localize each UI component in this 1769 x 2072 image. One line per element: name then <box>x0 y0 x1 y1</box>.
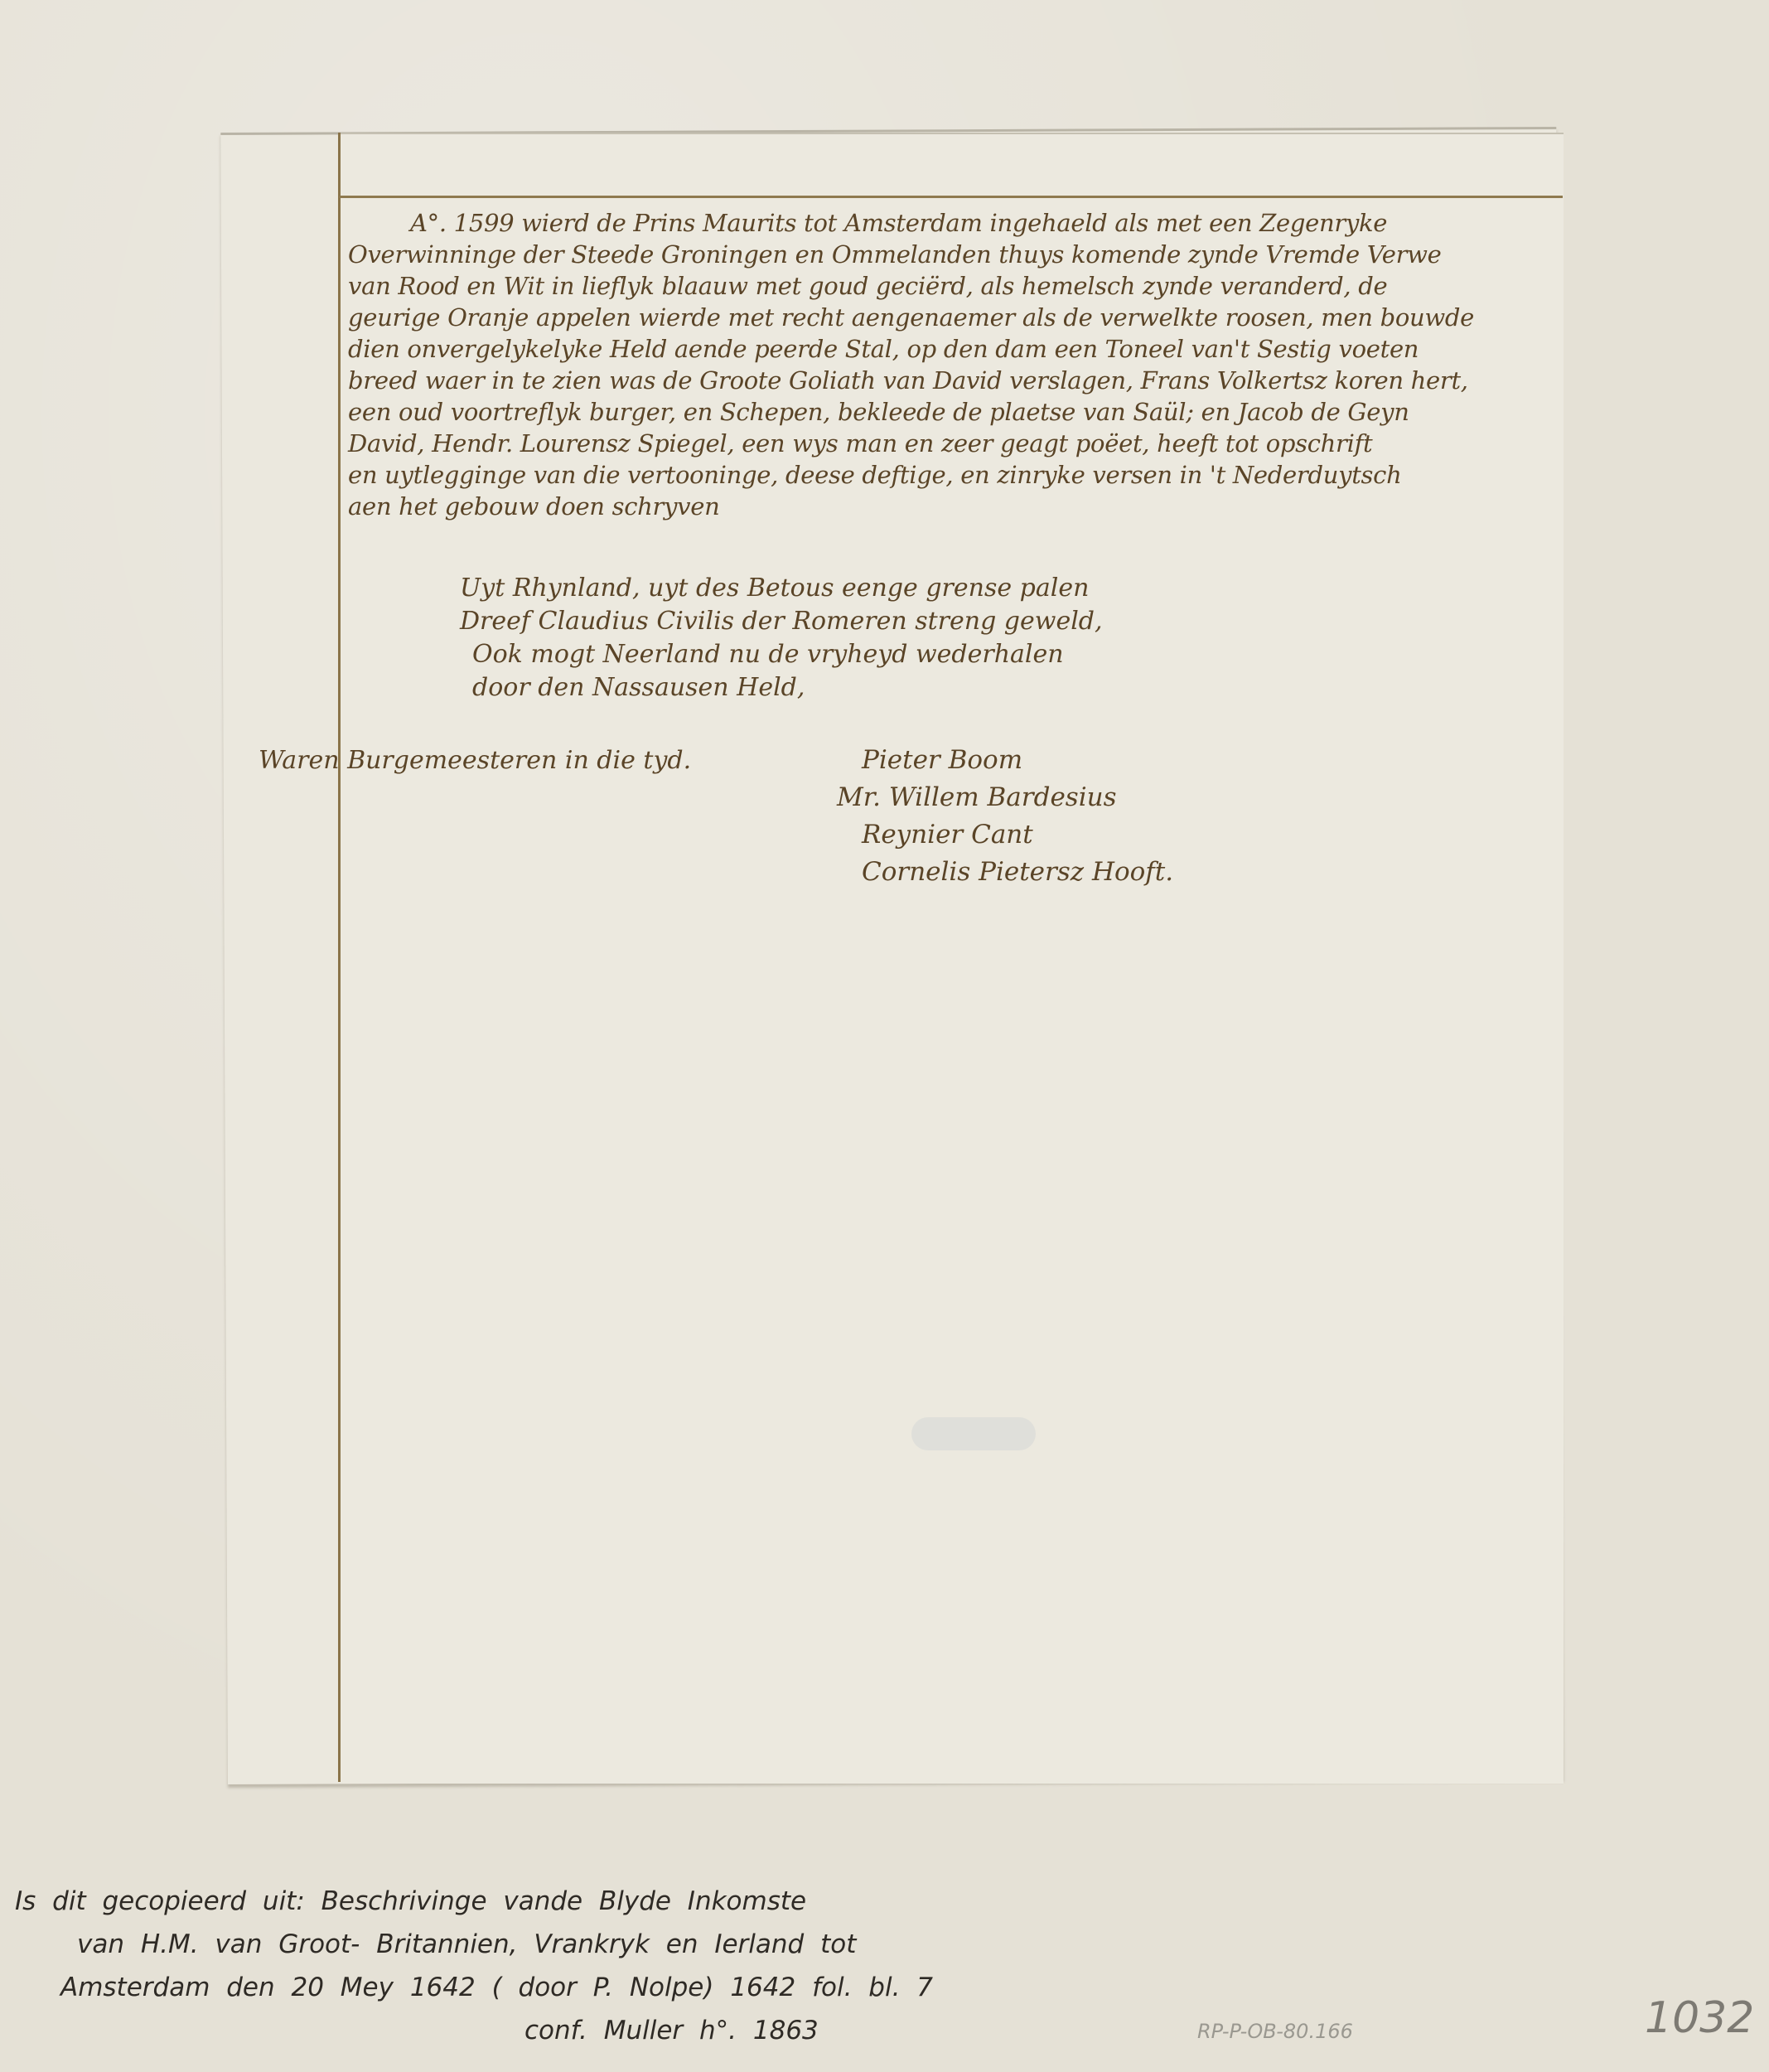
mayor-name: Cornelis Pietersz Hooft. <box>837 854 1173 891</box>
prose-line: A°. 1599 wierd de Prins Maurits tot Amst… <box>348 207 1558 239</box>
verse-line: door den Nassausen Held, <box>460 671 1103 704</box>
prose-line: een oud voortreflyk burger, en Schepen, … <box>348 396 1558 428</box>
prose-line: geurige Oranje appelen wierde met recht … <box>348 302 1558 333</box>
prose-line: en uytlegginge van die vertooninge, dees… <box>348 459 1558 491</box>
prose-line: dien onvergelykelyke Held aende peerde S… <box>348 333 1558 365</box>
prose-line: aen het gebouw doen schryven <box>348 491 1558 522</box>
prose-line: David, Hendr. Lourensz Spiegel, een wys … <box>348 428 1558 459</box>
mayors-list: Pieter Boom Mr. Willem Bardesius Reynier… <box>837 742 1173 891</box>
verse-line: Uyt Rhynland, uyt des Betous eenge grens… <box>460 572 1103 605</box>
mayor-name: Mr. Willem Bardesius <box>837 779 1173 816</box>
pencil-inventory-number: RP-P-OB-80.166 <box>1197 2020 1353 2043</box>
source-note-line: van H.M. van Groot- Britannien, Vrankryk… <box>15 1923 933 1966</box>
source-note-line: Is dit gecopieerd uit: Beschrivinge vand… <box>15 1880 933 1923</box>
mayor-name: Reynier Cant <box>837 816 1173 854</box>
source-note: Is dit gecopieerd uit: Beschrivinge vand… <box>15 1880 933 2052</box>
mayor-name: Pieter Boom <box>837 742 1173 779</box>
pencil-page-number: 1032 <box>1645 1993 1754 2043</box>
verse-line: Dreef Claudius Civilis der Romeren stren… <box>460 605 1103 638</box>
faded-collection-stamp <box>911 1417 1036 1450</box>
margin-rule <box>338 133 341 1782</box>
verse-block: Uyt Rhynland, uyt des Betous eenge grens… <box>460 572 1103 704</box>
verse-line: Ook mogt Neerland nu de vryheyd wederhal… <box>460 638 1103 671</box>
prose-line: Overwinninge der Steede Groningen en Omm… <box>348 239 1558 270</box>
top-rule <box>340 196 1563 198</box>
prose-line: breed waer in te zien was de Groote Goli… <box>348 365 1558 396</box>
prose-block: A°. 1599 wierd de Prins Maurits tot Amst… <box>348 207 1558 522</box>
prose-line: van Rood en Wit in lieflyk blaauw met go… <box>348 270 1558 302</box>
mayors-label: Waren Burgemeesteren in die tyd. <box>259 746 691 775</box>
source-note-line: conf. Muller h°. 1863 <box>15 2009 933 2052</box>
source-note-line: Amsterdam den 20 Mey 1642 ( door P. Nolp… <box>15 1966 933 2009</box>
